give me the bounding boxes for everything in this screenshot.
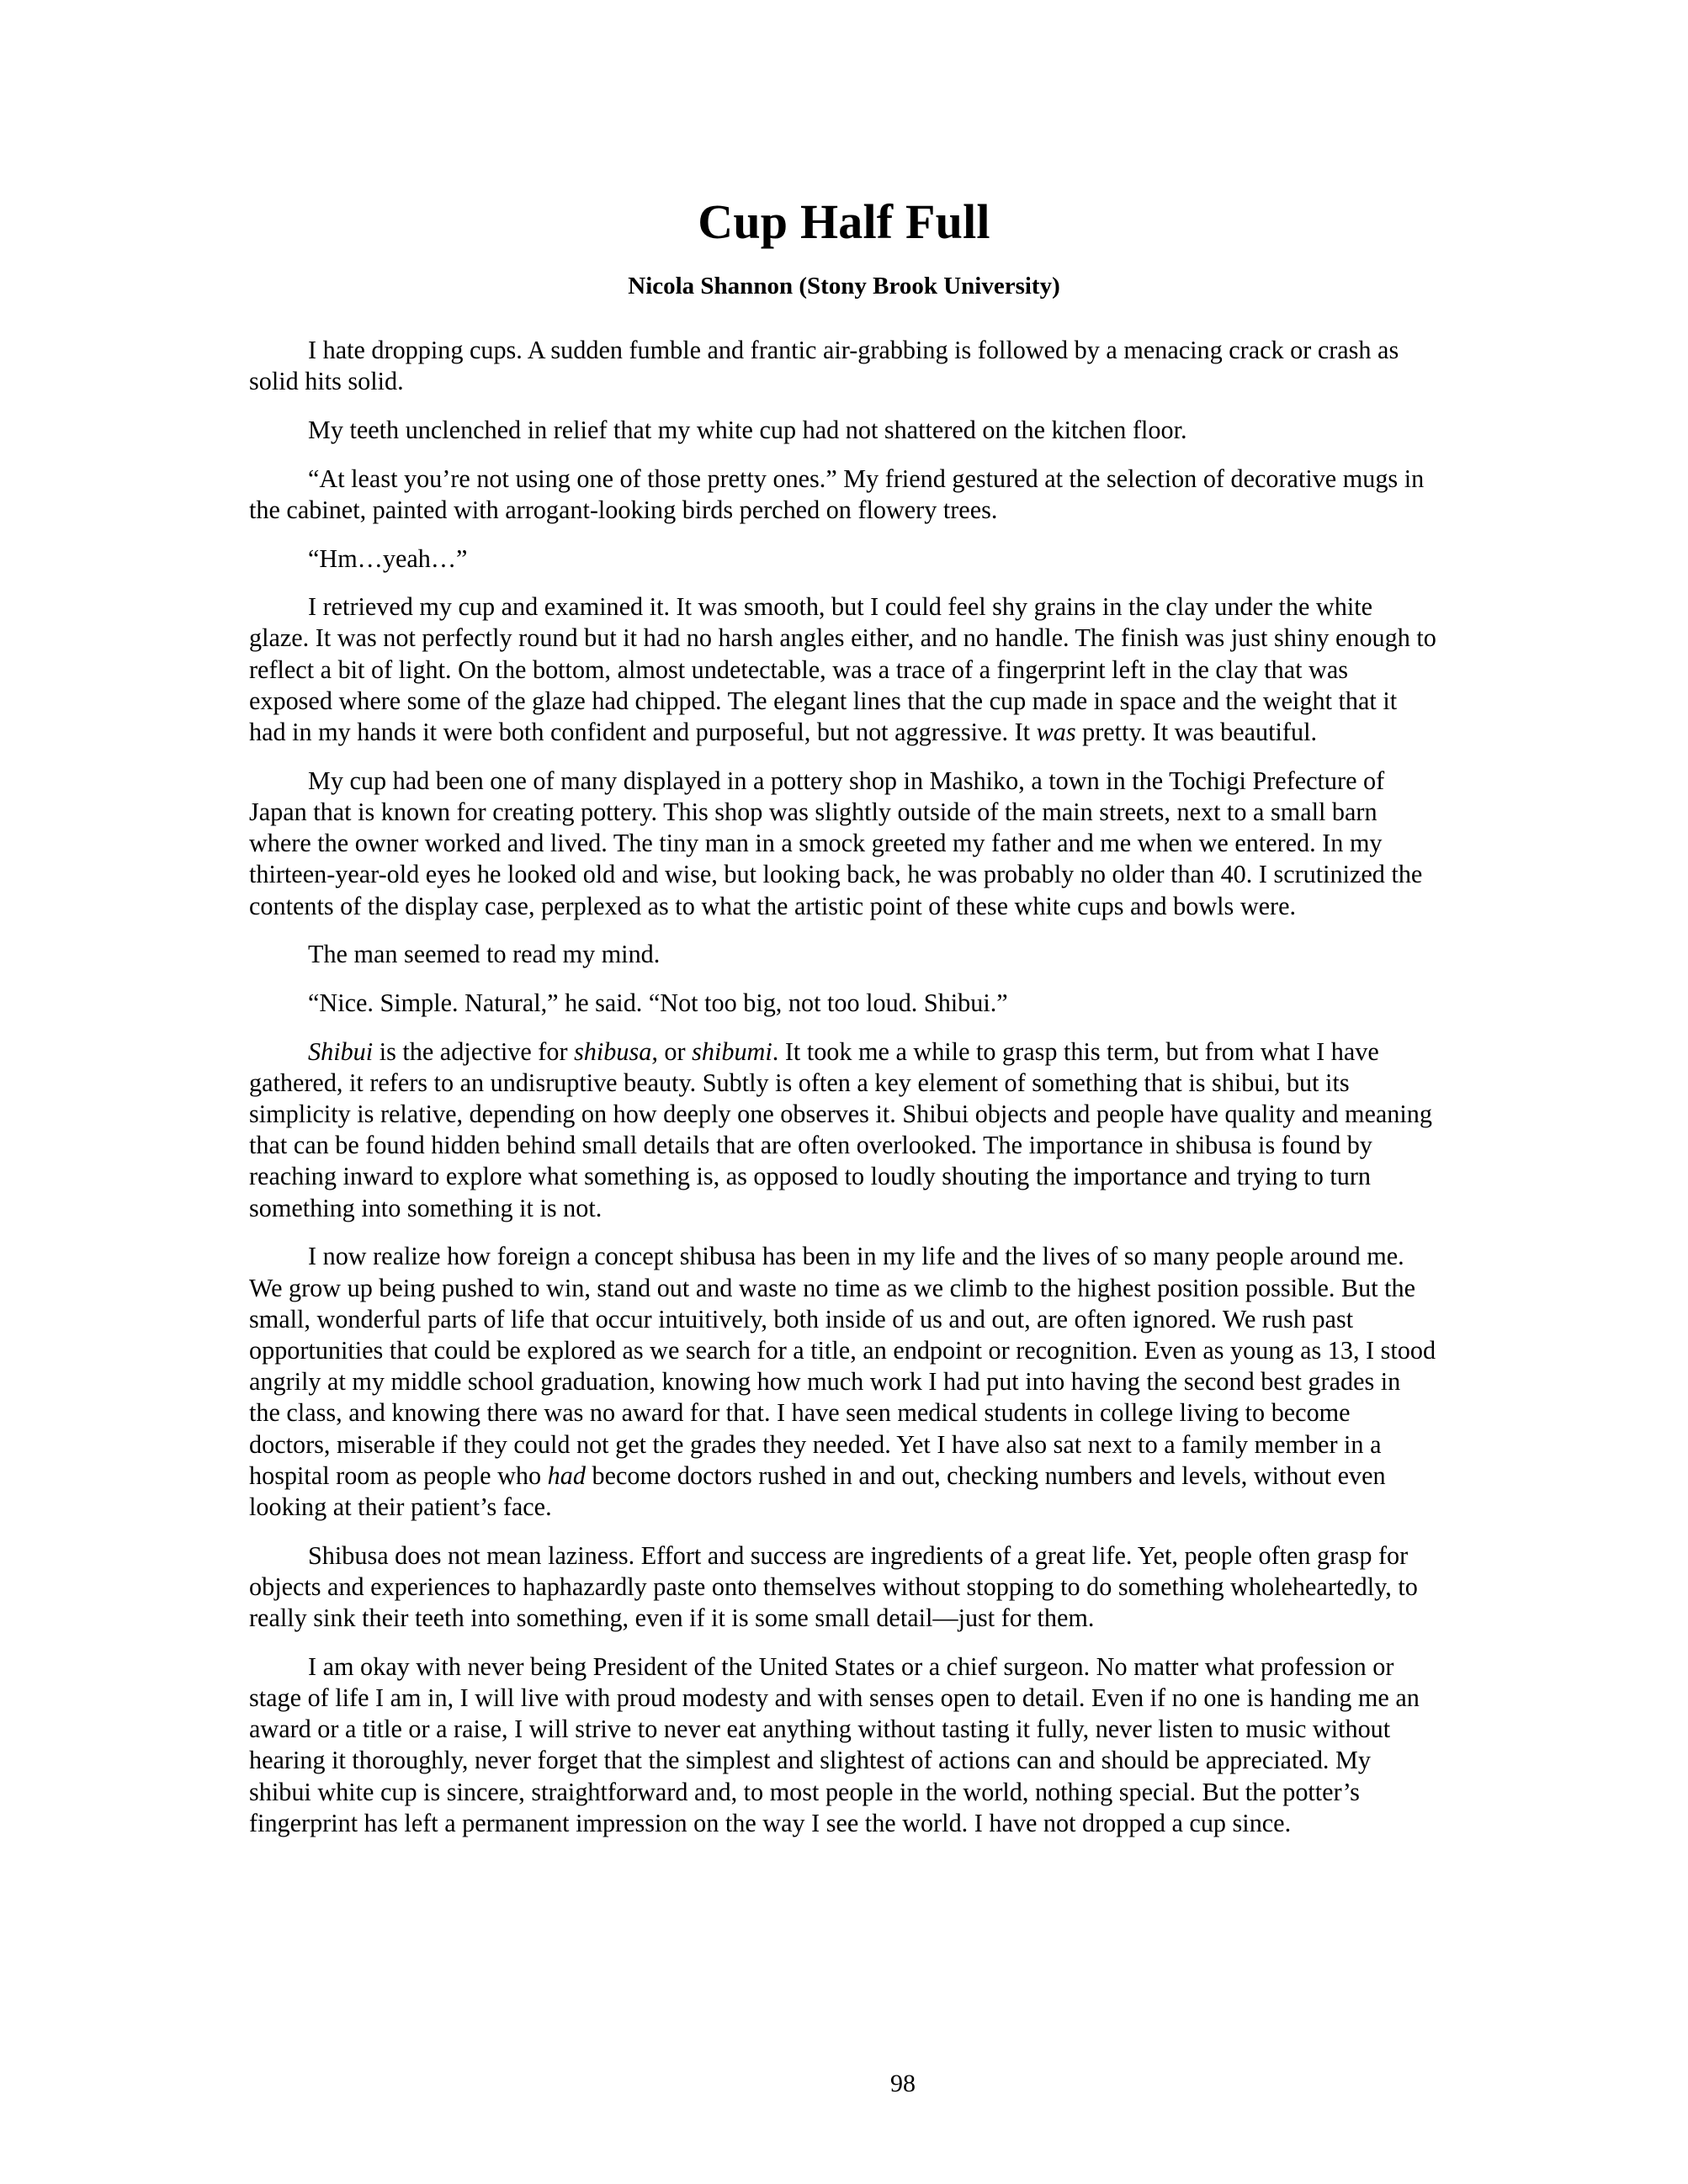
italic-text-segment: Shibui [308, 1037, 373, 1066]
italic-text-segment: had [548, 1461, 586, 1490]
text-segment: is the adjective for [373, 1037, 574, 1066]
text-segment: I now realize how foreign a concept shib… [249, 1242, 1436, 1489]
text-segment: My teeth unclenched in relief that my wh… [308, 416, 1187, 444]
text-segment: “Nice. Simple. Natural,” he said. “Not t… [308, 989, 1008, 1017]
body-paragraph: I now realize how foreign a concept shib… [249, 1241, 1437, 1523]
italic-text-segment: shibusa, [574, 1037, 658, 1066]
body-paragraph: Shibusa does not mean laziness. Effort a… [249, 1540, 1437, 1635]
text-segment: “Hm…yeah…” [308, 544, 467, 573]
body-paragraph: “Hm…yeah…” [249, 543, 1437, 575]
text-segment: I am okay with never being President of … [249, 1652, 1420, 1837]
page-number: 98 [59, 2069, 1688, 2099]
text-segment: Shibusa does not mean laziness. Effort a… [249, 1541, 1418, 1632]
text-segment: “At least you’re not using one of those … [249, 464, 1424, 524]
text-segment: The man seemed to read my mind. [308, 940, 660, 968]
body-paragraph: My cup had been one of many displayed in… [249, 766, 1437, 922]
body-paragraph: The man seemed to read my mind. [249, 939, 1437, 970]
text-segment: I hate dropping cups. A sudden fumble an… [249, 336, 1399, 395]
italic-text-segment: was [1037, 718, 1076, 746]
body-paragraph: I am okay with never being President of … [249, 1651, 1437, 1839]
page-title: Cup Half Full [0, 192, 1688, 252]
body-paragraph: I retrieved my cup and examined it. It w… [249, 591, 1437, 748]
author-byline: Nicola Shannon (Stony Brook University) [0, 269, 1688, 303]
body-paragraph: My teeth unclenched in relief that my wh… [249, 415, 1437, 446]
document-page: Cup Half Full Nicola Shannon (Stony Broo… [0, 0, 1688, 2184]
body-paragraph: “Nice. Simple. Natural,” he said. “Not t… [249, 988, 1437, 1019]
italic-text-segment: shibumi [692, 1037, 772, 1066]
body-paragraph: I hate dropping cups. A sudden fumble an… [249, 335, 1437, 397]
body-paragraph: “At least you’re not using one of those … [249, 464, 1437, 526]
essay-body: I hate dropping cups. A sudden fumble an… [249, 335, 1437, 1857]
body-paragraph: Shibui is the adjective for shibusa, or … [249, 1036, 1437, 1224]
text-segment: My cup had been one of many displayed in… [249, 766, 1422, 920]
text-segment: pretty. It was beautiful. [1076, 718, 1317, 746]
text-segment: or [658, 1037, 692, 1066]
